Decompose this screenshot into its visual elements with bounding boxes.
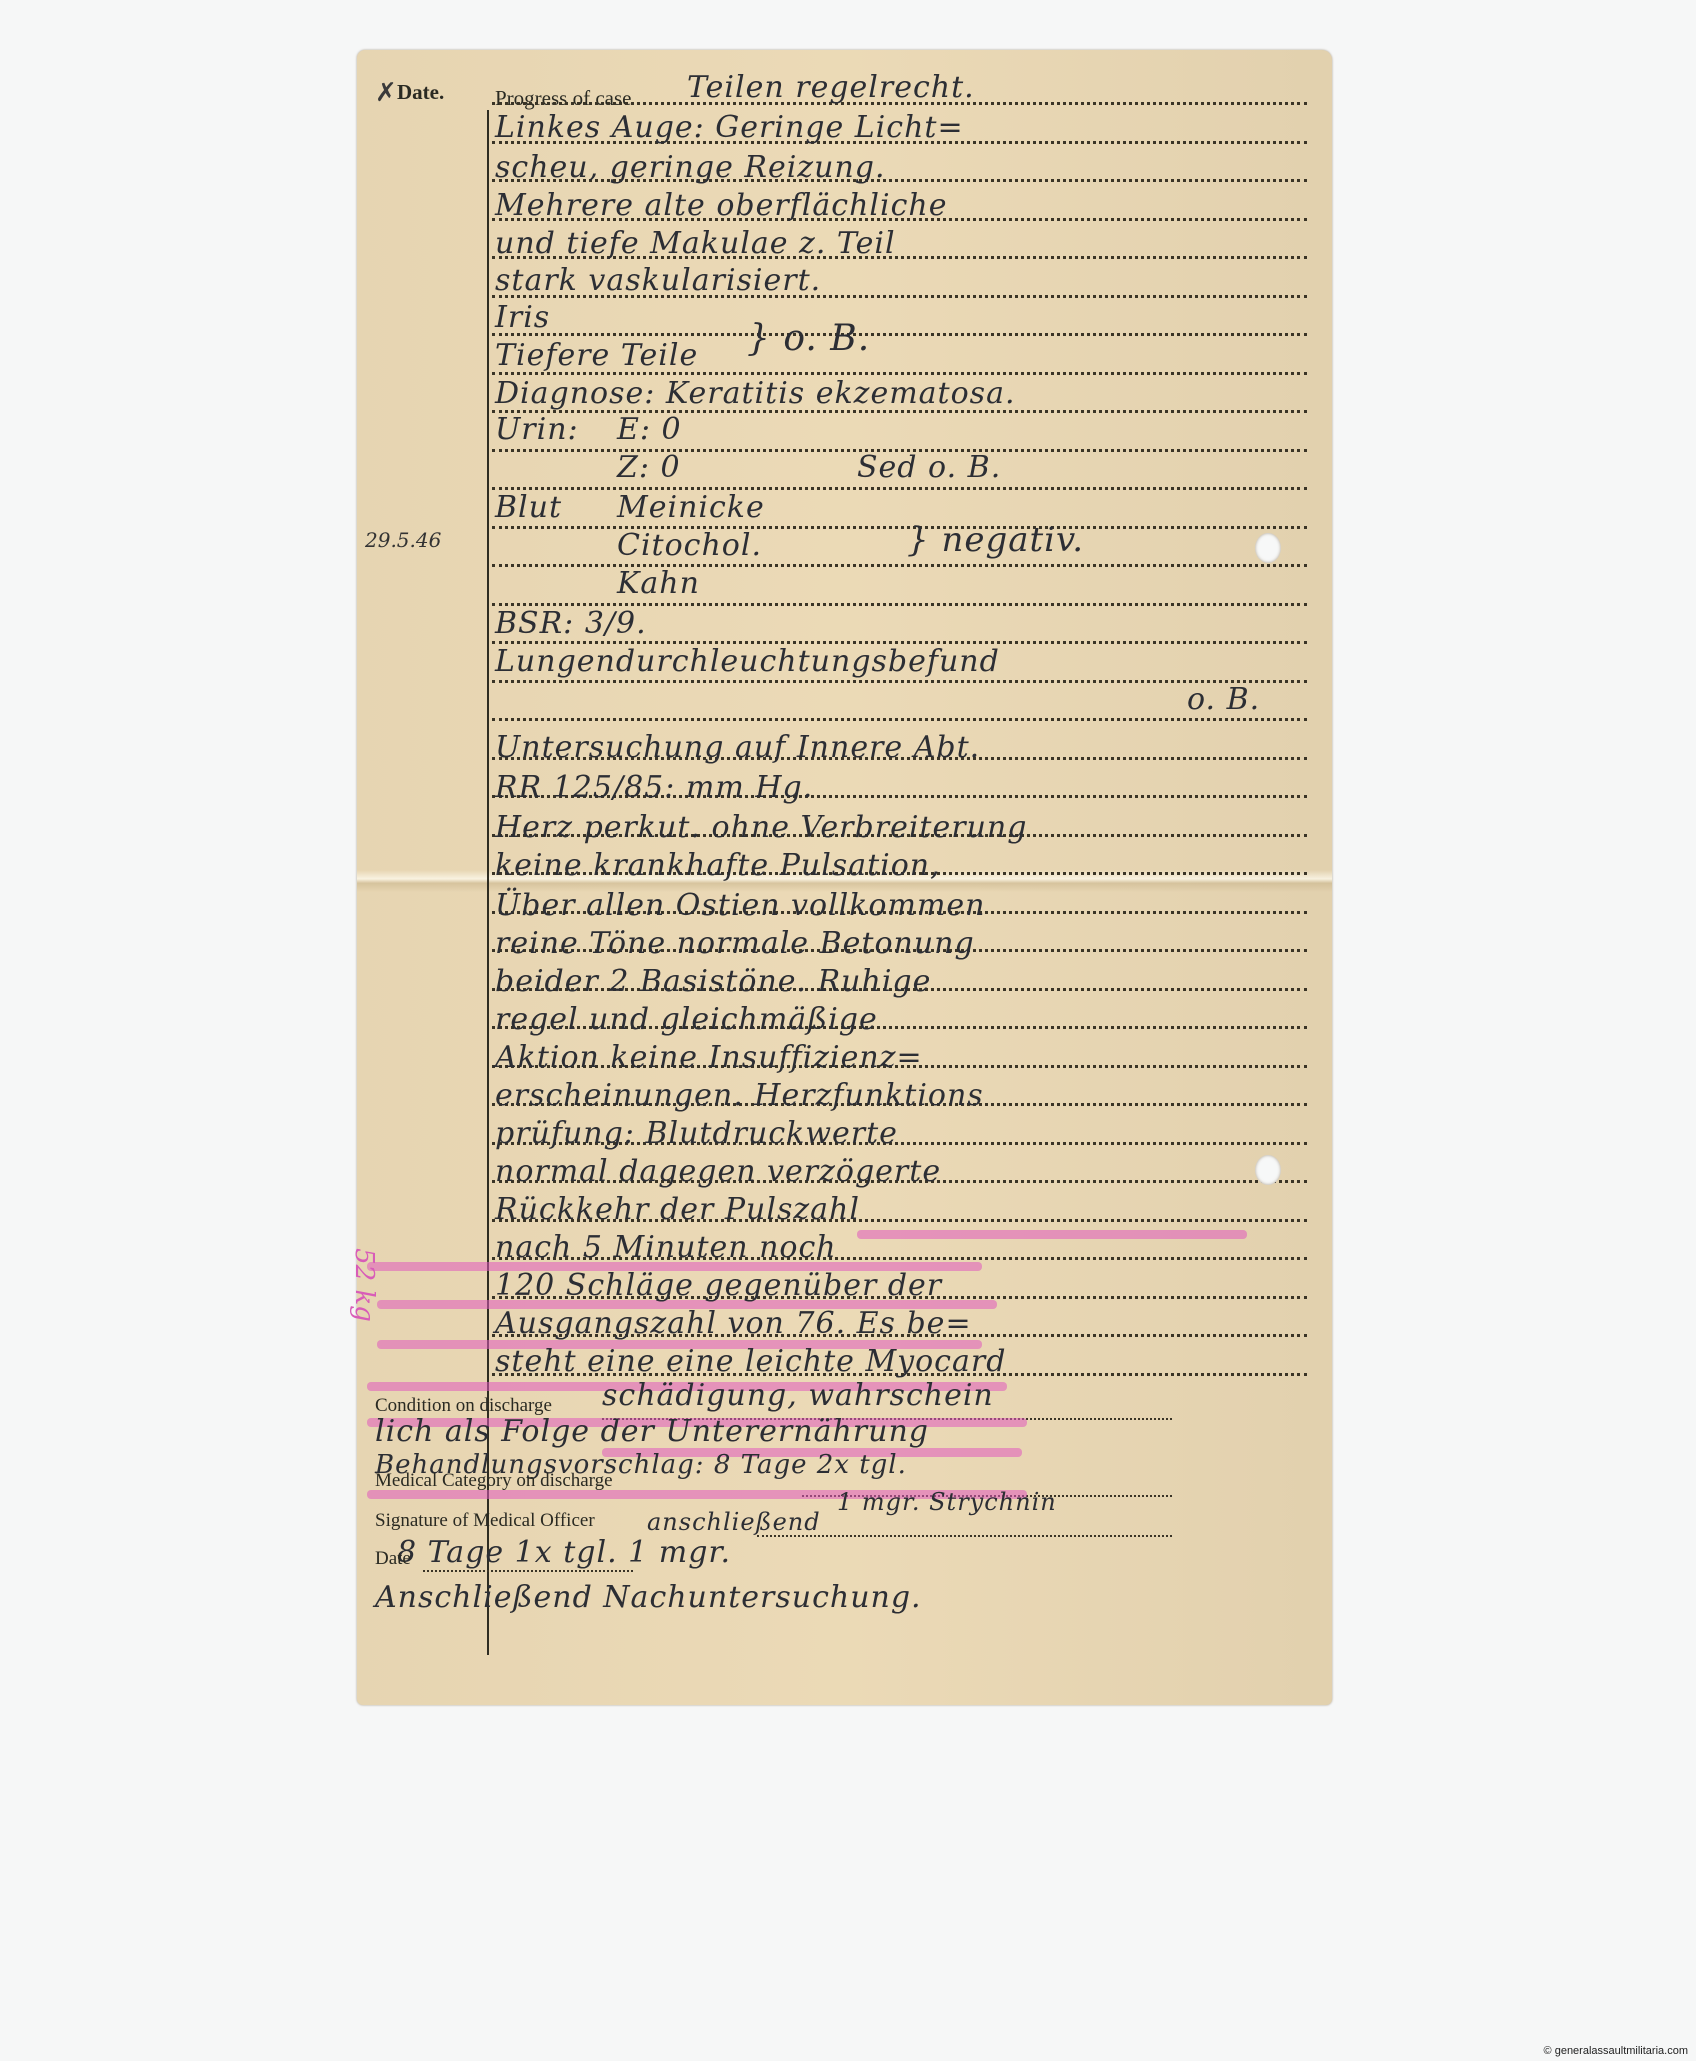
- signature-label: Signature of Medical Officer: [375, 1510, 595, 1532]
- entry-line: Teilen regelrecht.: [687, 70, 975, 105]
- entry-line: Lungendurchleuchtungsbefund: [495, 644, 1000, 679]
- entry-line: reine Töne normale Betonung: [495, 926, 975, 961]
- entry-line: nach 5 Minuten noch: [495, 1230, 837, 1265]
- x-mark: ✗: [375, 78, 397, 108]
- entry-line: regel und gleichmäßige: [495, 1002, 878, 1037]
- entry-line: Sed o. B.: [857, 450, 1001, 485]
- entry-line: prüfung: Blutdruckwerte: [495, 1116, 898, 1151]
- entry-line: schädigung, wahrschein: [602, 1378, 994, 1413]
- entry-line: BSR: 3/9.: [495, 606, 647, 641]
- entry-line: beider 2 Basistöne. Ruhige: [495, 964, 931, 999]
- entry-line: 1 mgr. Strychnin: [837, 1488, 1057, 1516]
- ruled-line: [492, 718, 1307, 721]
- entry-date: 29.5.46: [365, 528, 441, 552]
- entry-line: Tiefere Teile: [495, 338, 698, 373]
- entry-line: anschließend: [647, 1508, 821, 1536]
- entry-line: o. B.: [1187, 682, 1260, 717]
- entry-line: Kahn: [617, 566, 700, 601]
- entry-line: } negativ.: [907, 520, 1084, 560]
- entry-line: Iris: [495, 300, 550, 335]
- entry-line: Urin:: [495, 412, 579, 447]
- entry-line: Über allen Ostien vollkommen: [495, 888, 985, 923]
- entry-line: Diagnose: Keratitis ekzematosa.: [495, 376, 1016, 411]
- entry-line: Aktion keine Insuffizienz=: [495, 1040, 923, 1075]
- progress-of-case-label: Progress of case: [495, 86, 631, 111]
- entry-line: Mehrere alte oberflächliche: [495, 188, 947, 223]
- weight-note: 52 kg: [349, 1248, 379, 1322]
- date-line: [423, 1570, 633, 1572]
- punch-hole: [1255, 1155, 1281, 1185]
- entry-line: keine krankhafte Pulsation,: [495, 848, 941, 883]
- entry-line: Anschließend Nachuntersuchung.: [375, 1580, 922, 1615]
- entry-line: lich als Folge der Unterernährung: [375, 1414, 929, 1449]
- entry-line: E: 0: [617, 412, 682, 447]
- ruled-line: [492, 487, 1307, 490]
- entry-line: 8 Tage 1x tgl. 1 mgr.: [397, 1535, 731, 1570]
- ruled-line: [492, 526, 1307, 529]
- punch-hole: [1255, 533, 1281, 563]
- copyright-watermark: © generalassaultmilitaria.com: [1544, 2045, 1688, 2057]
- entry-line: stark vaskularisiert.: [495, 263, 821, 298]
- entry-line: normal dagegen verzögerte: [495, 1154, 941, 1189]
- entry-line: RR 125/85: mm Hg.: [495, 770, 813, 805]
- entry-line: steht eine eine leichte Myocard: [495, 1344, 1006, 1379]
- entry-line: Z: 0: [617, 450, 681, 485]
- entry-line: Linkes Auge: Geringe Licht=: [495, 110, 964, 145]
- date-label: Date: [375, 1548, 411, 1570]
- entry-line: scheu, geringe Reizung.: [495, 150, 886, 185]
- entry-line: Rückkehr der Pulszahl: [495, 1192, 860, 1227]
- entry-line: 120 Schläge gegenüber der: [495, 1268, 942, 1303]
- entry-line: } o. B.: [747, 318, 870, 359]
- entry-line: und tiefe Makulae z. Teil: [495, 226, 896, 261]
- entry-line: Untersuchung auf Innere Abt.: [495, 730, 980, 765]
- ruled-line: [492, 333, 1307, 336]
- highlight-stroke: [857, 1230, 1247, 1239]
- date-column-header: Date.: [397, 80, 444, 105]
- entry-line: Ausgangszahl von 76. Es be=: [495, 1306, 972, 1341]
- ruled-line: [492, 564, 1307, 567]
- entry-line: Meinicke: [617, 490, 765, 525]
- medical-record-card: ✗ Date. Progress of case 29.5.46 52 kg T…: [357, 50, 1332, 1705]
- entry-line: Blut: [495, 490, 562, 525]
- medical-category-label: Medical Category on discharge: [375, 1470, 613, 1492]
- entry-line: Citochol.: [617, 528, 762, 563]
- entry-line: Herz perkut. ohne Verbreiterung: [495, 810, 1027, 845]
- ruled-line: [492, 680, 1307, 683]
- entry-line: erscheinungen. Herzfunktions: [495, 1078, 984, 1113]
